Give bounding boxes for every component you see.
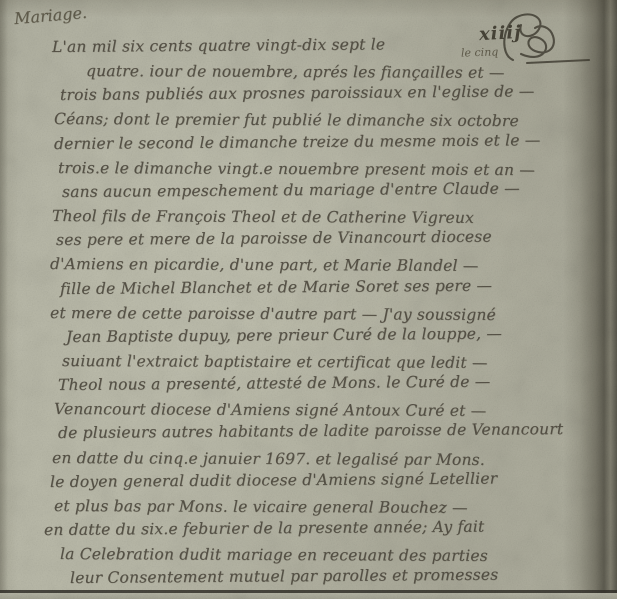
manuscript-line: sans aucun empeschement du mariage d'ent… (62, 179, 520, 201)
page-left-edge-shading (0, 0, 8, 599)
manuscript-line: dernier le second le dimanche treize du … (54, 131, 541, 153)
manuscript-line: Jean Baptiste dupuy, pere prieur Curé de… (66, 325, 502, 346)
manuscript-page: Mariage. xiiij le cinq L'an mil six cent… (0, 0, 617, 599)
manuscript-line: suiuant l'extraict baptistaire et certif… (62, 352, 488, 372)
manuscript-line: en datte du cinq.e januier 1697. et lega… (52, 449, 485, 469)
manuscript-line: Céans; dont le premier fut publié le dim… (54, 110, 519, 130)
manuscript-line: et plus bas par Mons. le vicaire general… (54, 497, 468, 517)
manuscript-line: Venancourt diocese d'Amiens signé Antoux… (54, 400, 486, 420)
manuscript-line: le doyen general dudit diocese d'Amiens … (50, 469, 497, 491)
manuscript-text: L'an mil six cents quatre vingt-dix sept… (0, 0, 617, 599)
manuscript-line: fille de Michel Blanchet et de Marie Sor… (60, 277, 492, 298)
manuscript-line: L'an mil six cents quatre vingt-dix sept… (52, 35, 385, 56)
manuscript-line: trois bans publiés aux prosnes paroissia… (60, 82, 535, 104)
manuscript-line: la Celebration dudit mariage en receuant… (60, 545, 488, 565)
manuscript-line: en datte du six.e feburier de la present… (44, 518, 485, 539)
scan-bottom-strip (0, 593, 617, 599)
book-gutter-shadow (563, 0, 617, 599)
manuscript-line: d'Amiens en picardie, d'une part, et Mar… (50, 255, 479, 275)
manuscript-line: Theol fils de François Theol et de Cathe… (52, 207, 474, 227)
manuscript-line: ses pere et mere de la paroisse de Vinan… (56, 228, 492, 249)
manuscript-line: quatre. iour de nouembre, aprés les fian… (86, 62, 505, 82)
manuscript-line: trois.e le dimanche vingt.e nouembre pre… (58, 159, 535, 179)
manuscript-line: Theol nous a presenté, attesté de Mons. … (58, 373, 491, 394)
manuscript-line: et mere de cette paroisse d'autre part —… (50, 304, 496, 324)
manuscript-line: de plusieurs autres habitants de ladite … (58, 420, 563, 442)
manuscript-line: leur Consentement mutuel par parolles et… (70, 566, 499, 587)
